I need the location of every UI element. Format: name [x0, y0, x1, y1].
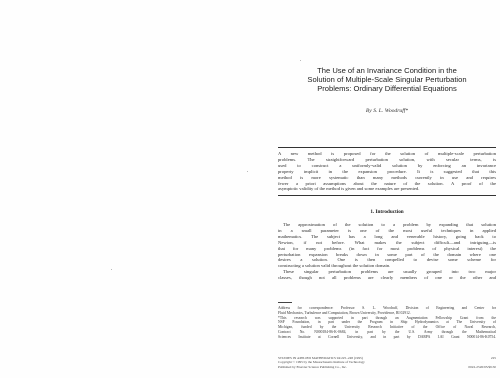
section-heading: 1. Introduction — [278, 209, 496, 215]
footnote-rule — [278, 302, 292, 303]
author-byline: By S. L. Woodruff* — [278, 108, 496, 114]
title-line: Solution of Multiple-Scale Singular Pert… — [278, 75, 496, 84]
abstract-line: method is more systematic than many meth… — [278, 175, 496, 181]
publisher-line: Published by Elsevier Science Publishing… — [278, 365, 347, 369]
abstract-bottom-rule — [278, 195, 496, 196]
body-line: mathematics. The subject has a long and … — [278, 234, 496, 240]
footnote-line: Sciences Institute at Cornell University… — [278, 335, 496, 340]
abstract-line: asymptotic validity of the method is giv… — [278, 186, 496, 192]
abstract-line: property implicit in the expansion proce… — [278, 169, 496, 175]
abstract-line: used to construct a uniformly-valid solu… — [278, 163, 496, 169]
body-line: that for many problems (in fact for most… — [278, 246, 496, 252]
scan-speck — [111, 269, 112, 270]
paper-title: The Use of an Invariance Condition in th… — [278, 66, 496, 94]
footnotes: Address for correspondence: Professor S.… — [278, 306, 496, 340]
body-line: classes, though not all problems are cle… — [278, 275, 496, 281]
abstract-top-rule — [278, 147, 496, 148]
abstract-line: problems. The straightforward perturbati… — [278, 157, 496, 163]
journal-footer: STUDIES IN APPLIED MATHEMATICS 94:225–24… — [278, 356, 496, 369]
abstract: A new method is proposed for the solutio… — [278, 151, 496, 192]
body-text: The approximation of the solution to a p… — [278, 222, 496, 281]
title-line: The Use of an Invariance Condition in th… — [278, 66, 496, 75]
body-line: Newton, if not before. What makes the su… — [278, 240, 496, 246]
scan-speck — [247, 171, 248, 172]
body-line: in a small parameter is one of the most … — [278, 228, 496, 234]
page-number: 225 — [491, 356, 496, 360]
paper-page: The Use of an Invariance Condition in th… — [278, 0, 496, 378]
title-line: Problems: Ordinary Differential Equation… — [278, 84, 496, 93]
issn-code: 0022-2526/95/$9.50 — [468, 365, 496, 369]
